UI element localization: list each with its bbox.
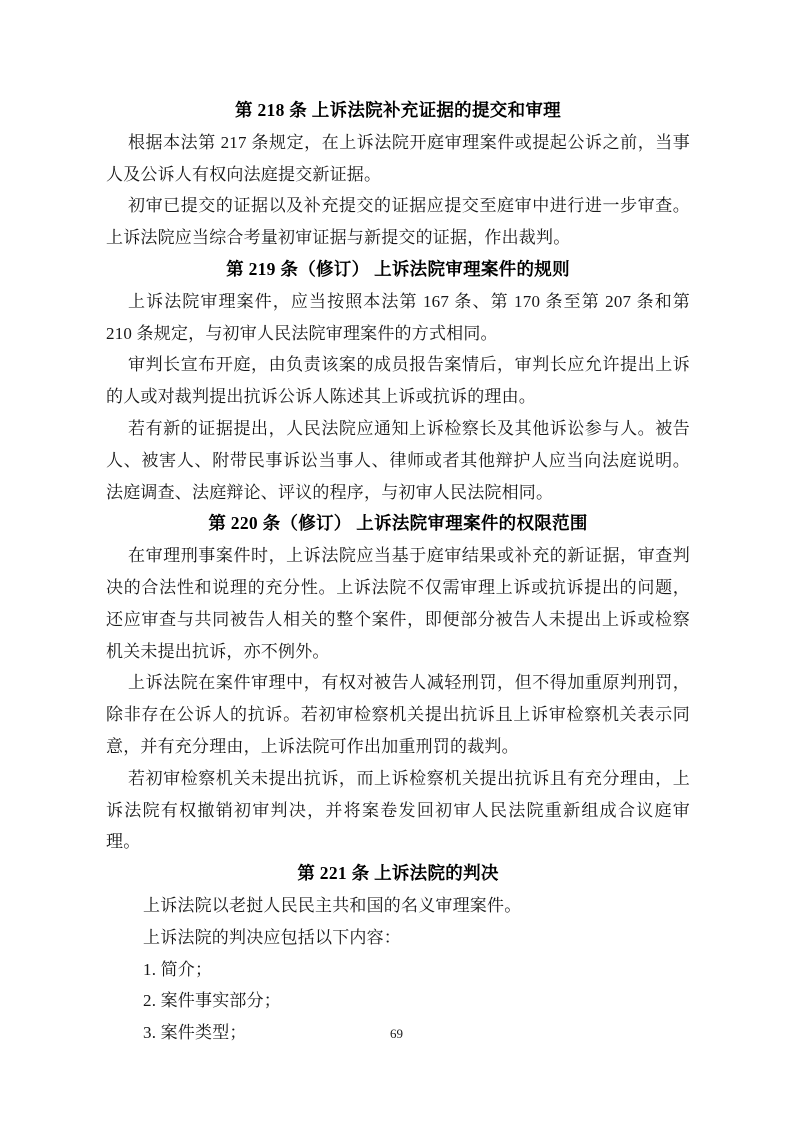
article-220: 第 220 条（修订） 上诉法院审理案件的权限范围 在审理刑事案件时，上诉法院应… (106, 508, 690, 858)
article-218-paragraph-2: 初审已提交的证据以及补充提交的证据应提交至庭审中进行进一步审查。上诉法院应当综合… (106, 190, 690, 254)
article-219-paragraph-3: 若有新的证据提出，人民法院应通知上诉检察长及其他诉讼参与人。被告人、被害人、附带… (106, 413, 690, 508)
article-218: 第 218 条 上诉法院补充证据的提交和审理 根据本法第 217 条规定，在上诉… (106, 95, 690, 254)
article-219: 第 219 条（修订） 上诉法院审理案件的规则 上诉法院审理案件，应当按照本法第… (106, 254, 690, 508)
article-220-paragraph-1: 在审理刑事案件时，上诉法院应当基于庭审结果或补充的新证据，审查判决的合法性和说理… (106, 540, 690, 667)
article-220-heading: 第 220 条（修订） 上诉法院审理案件的权限范围 (106, 508, 690, 540)
article-219-paragraph-2: 审判长宣布开庭，由负责该案的成员报告案情后，审判长应允许提出上诉的人或对裁判提出… (106, 349, 690, 413)
article-218-paragraph-1: 根据本法第 217 条规定，在上诉法院开庭审理案件或提起公诉之前，当事人及公诉人… (106, 127, 690, 191)
article-221-heading: 第 221 条 上诉法院的判决 (106, 858, 690, 890)
article-220-paragraph-2: 上诉法院在案件审理中，有权对被告人减轻刑罚，但不得加重原判刑罚，除非存在公诉人的… (106, 667, 690, 762)
page-footer: 69 (0, 1024, 793, 1044)
article-221-list-item-2: 2. 案件事实部分； (106, 985, 690, 1017)
article-220-paragraph-3: 若初审检察机关未提出抗诉，而上诉检察机关提出抗诉且有充分理由，上诉法院有权撤销初… (106, 763, 690, 858)
article-218-heading: 第 218 条 上诉法院补充证据的提交和审理 (106, 95, 690, 127)
article-221-list-item-1: 1. 简介； (106, 954, 690, 986)
article-219-heading: 第 219 条（修订） 上诉法院审理案件的规则 (106, 254, 690, 286)
article-221-paragraph-2: 上诉法院的判决应包括以下内容： (106, 922, 690, 954)
document-page: 第 218 条 上诉法院补充证据的提交和审理 根据本法第 217 条规定，在上诉… (0, 0, 793, 1122)
article-221-paragraph-1: 上诉法院以老挝人民民主共和国的名义审理案件。 (106, 890, 690, 922)
article-219-paragraph-1: 上诉法院审理案件，应当按照本法第 167 条、第 170 条至第 207 条和第… (106, 286, 690, 350)
article-221: 第 221 条 上诉法院的判决 上诉法院以老挝人民民主共和国的名义审理案件。 上… (106, 858, 690, 1049)
page-number: 69 (390, 1026, 403, 1041)
